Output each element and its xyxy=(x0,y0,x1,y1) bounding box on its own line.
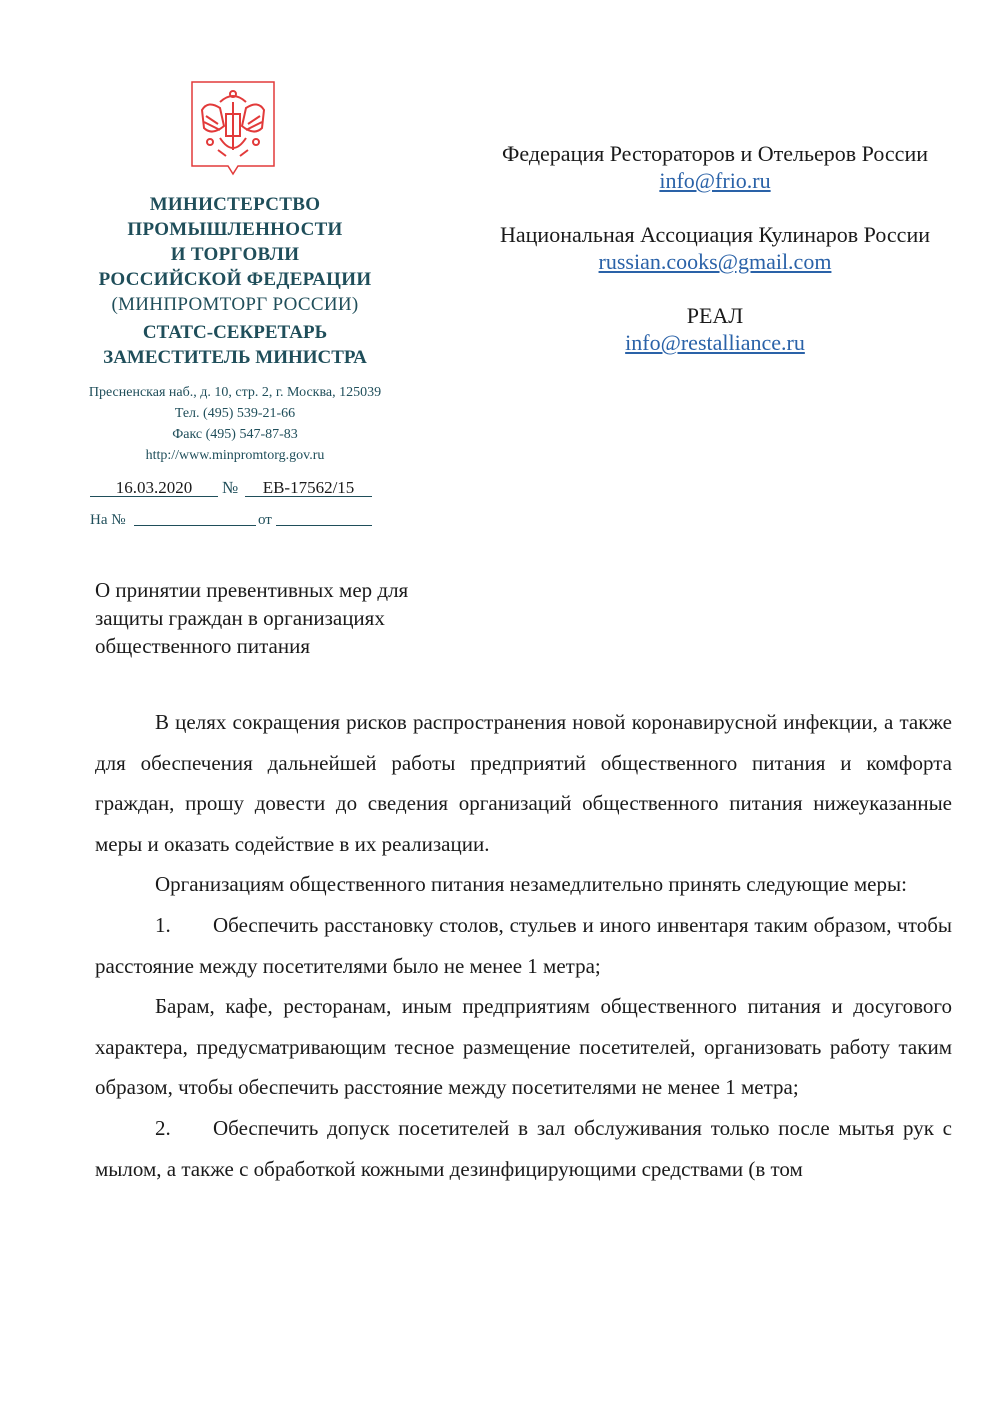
contact-block: Пресненская наб., д. 10, стр. 2, г. Моск… xyxy=(70,382,400,466)
fax: Факс (495) 547-87-83 xyxy=(70,424,400,445)
address: Пресненская наб., д. 10, стр. 2, г. Моск… xyxy=(70,382,400,403)
letter-subject: О принятии превентивных мер для защиты г… xyxy=(95,576,475,660)
paragraph: Барам, кафе, ресторанам, иным предприяти… xyxy=(95,986,952,1108)
recipient-1: Федерация Рестораторов и Отельеров Росси… xyxy=(470,140,960,194)
letter-body: В целях сокращения рисков распространени… xyxy=(95,702,952,1189)
paragraph: В целях сокращения рисков распространени… xyxy=(95,702,952,864)
ministry-name: МИНИСТЕРСТВО ПРОМЫШЛЕННОСТИ И ТОРГОВЛИ Р… xyxy=(70,192,400,317)
list-item: 1.Обеспечить расстановку столов, стульев… xyxy=(95,905,952,986)
recipient-3-email[interactable]: info@restalliance.ru xyxy=(625,330,805,355)
paragraph: Организациям общественного питания незам… xyxy=(95,864,952,905)
ministry-short-name: (МИНПРОМТОРГ РОССИИ) xyxy=(70,292,400,317)
phone: Тел. (495) 539-21-66 xyxy=(70,403,400,424)
recipient-1-email[interactable]: info@frio.ru xyxy=(659,168,770,193)
reply-date-field xyxy=(276,509,372,526)
signatory-position: СТАТС-СЕКРЕТАРЬ ЗАМЕСТИТЕЛЬ МИНИСТРА xyxy=(70,320,400,370)
document-date: 16.03.2020 xyxy=(90,478,218,497)
coat-of-arms-icon xyxy=(190,80,276,182)
list-item: 2.Обеспечить допуск посетителей в зал об… xyxy=(95,1108,952,1189)
recipient-3: РЕАЛ info@restalliance.ru xyxy=(470,302,960,356)
reply-number-field xyxy=(134,509,256,526)
website: http://www.minpromtorg.gov.ru xyxy=(70,445,400,466)
document-number: ЕВ-17562/15 xyxy=(245,478,372,497)
recipient-2: Национальная Ассоциация Кулинаров России… xyxy=(470,221,960,275)
recipient-2-email[interactable]: russian.cooks@gmail.com xyxy=(599,249,832,274)
